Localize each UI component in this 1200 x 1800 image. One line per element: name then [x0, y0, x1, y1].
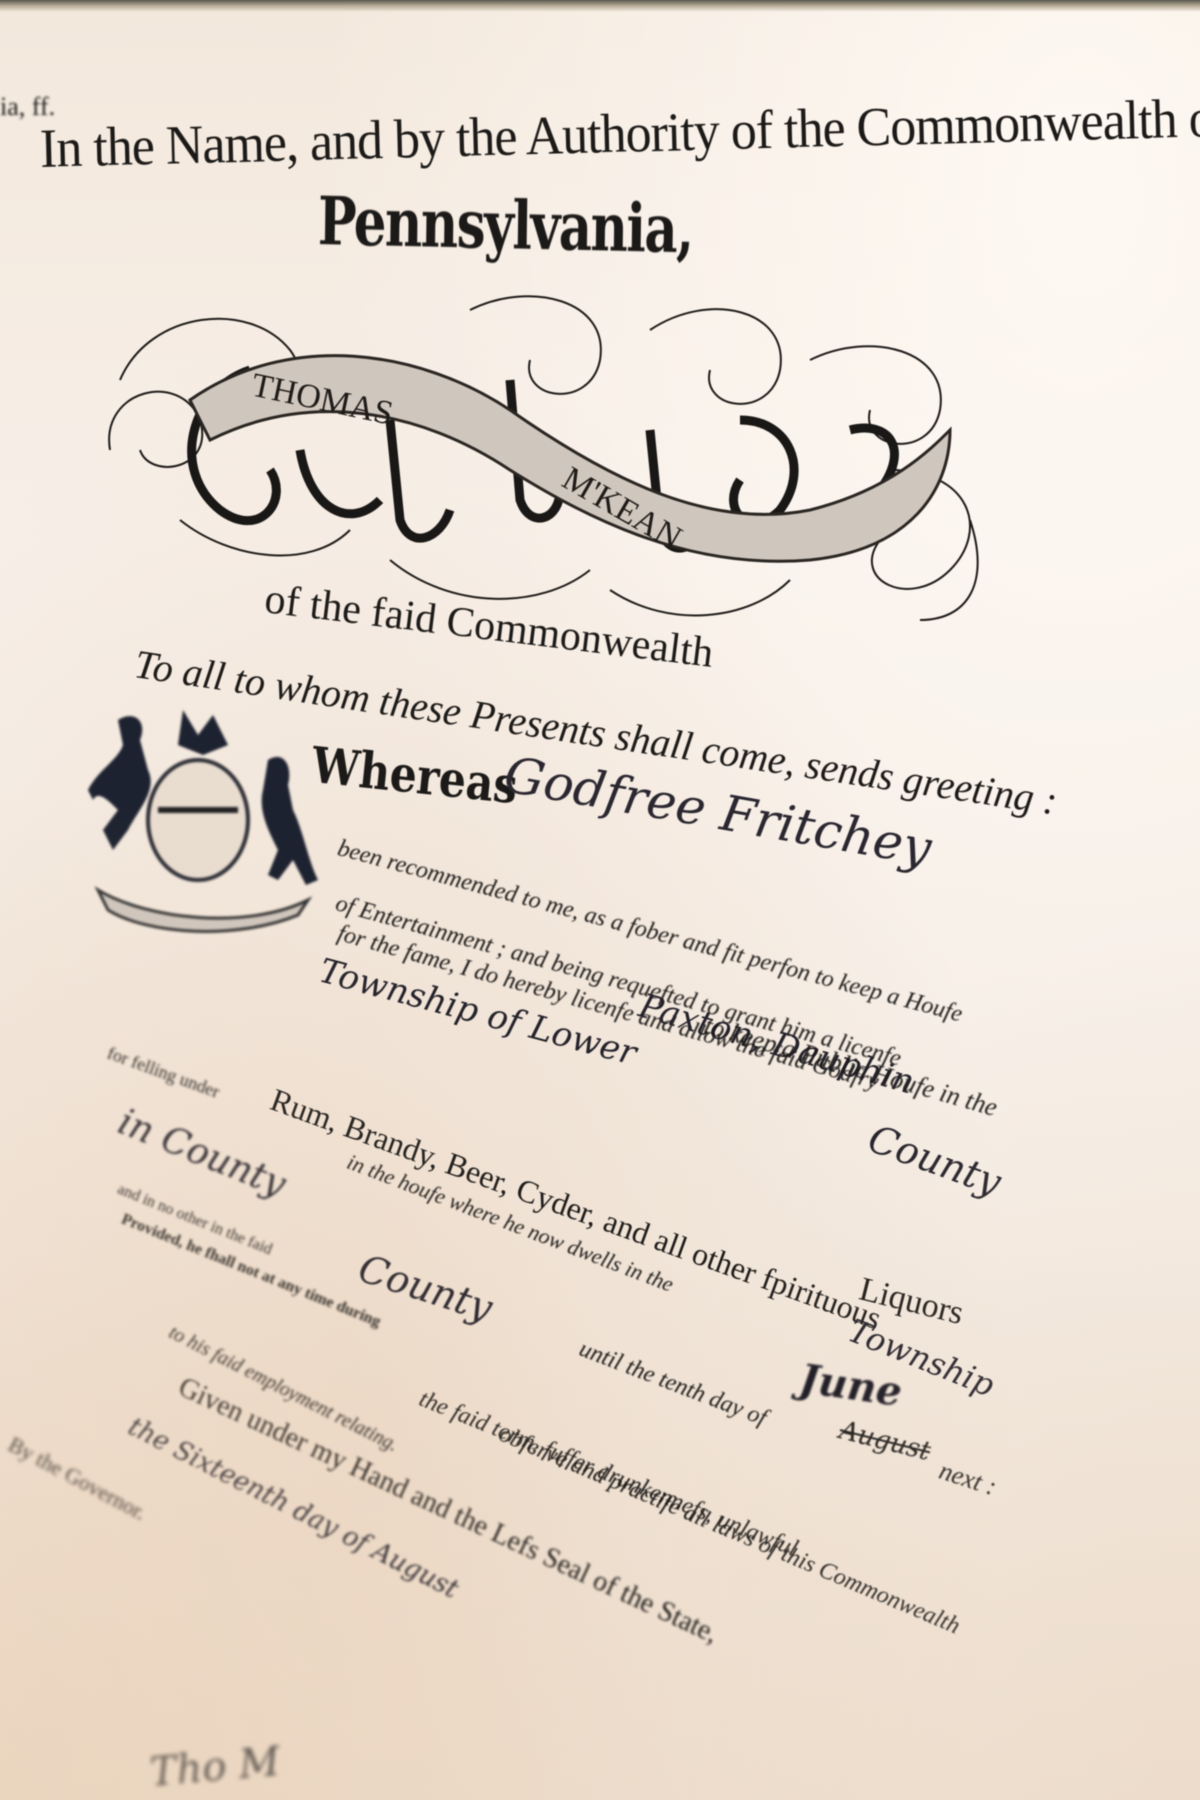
state-name: Pennsylvania,: [317, 182, 693, 268]
governor-banner-flourish-icon: THOMAS M'KEAN: [90, 270, 1010, 640]
pennsylvania-coat-of-arms-icon: [78, 700, 328, 940]
frame-edge: [0, 0, 1200, 12]
